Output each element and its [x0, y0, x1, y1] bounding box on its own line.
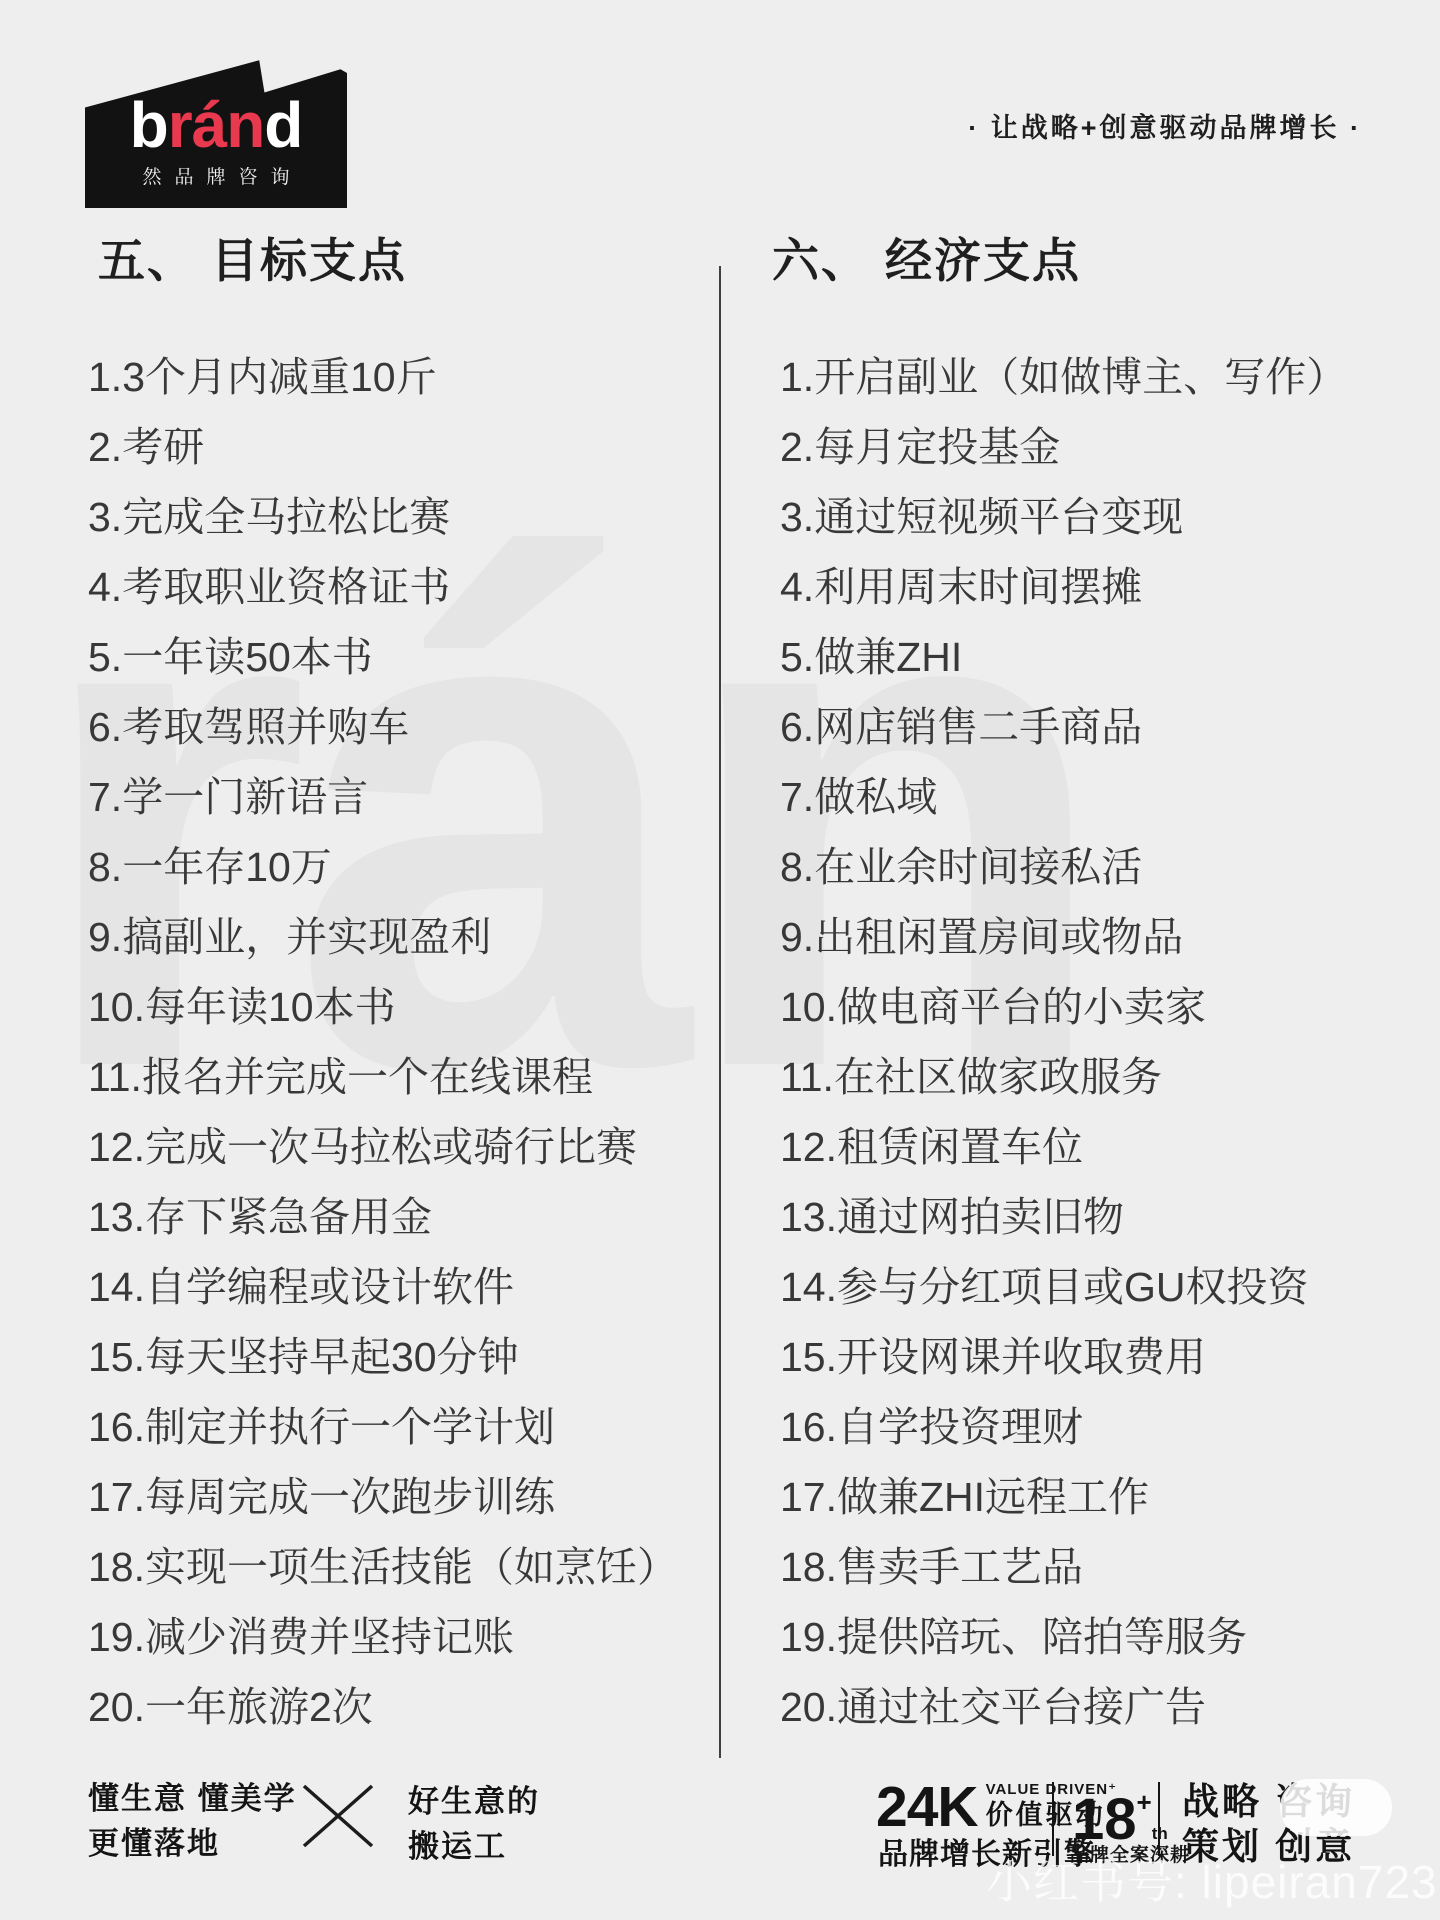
list-item: 10.每年读10本书: [88, 972, 716, 1042]
economy-column-title: 六、 经济支点: [772, 232, 1440, 290]
footer-18-plus: +: [1137, 1787, 1152, 1817]
list-item: 4.考取职业资格证书: [88, 552, 716, 622]
footer-slogan-mid-line2: 搬运工: [408, 1824, 540, 1869]
list-item: 20.通过社交平台接广告: [780, 1672, 1440, 1742]
list-item: 13.通过网拍卖旧物: [780, 1182, 1440, 1252]
list-item: 1.开启副业（如做博主、写作）: [780, 342, 1440, 412]
footer-slogan-mid-line1: 好生意的: [408, 1779, 540, 1824]
list-item: 11.在社区做家政服务: [780, 1042, 1440, 1112]
list-item: 2.每月定投基金: [780, 412, 1440, 482]
list-item: 16.制定并执行一个学计划: [88, 1392, 716, 1462]
list-item: 15.每天坚持早起30分钟: [88, 1322, 716, 1392]
list-item: 8.在业余时间接私活: [780, 832, 1440, 902]
economy-column: 六、 经济支点 1.开启副业（如做博主、写作）2.每月定投基金3.通过短视频平台…: [772, 232, 1440, 1742]
account-watermark: 小红书号: lipeiran7237: [986, 1846, 1440, 1912]
wordmark-ran: rán: [168, 89, 265, 161]
header-tagline: · 让战略+创意驱动品牌增长 ·: [968, 106, 1362, 145]
logo-subtitle: 然品牌咨询: [85, 162, 347, 189]
list-item: 14.自学编程或设计软件: [88, 1252, 716, 1322]
list-item: 9.出租闲置房间或物品: [780, 902, 1440, 972]
footer-divider-2: [1158, 1782, 1160, 1856]
list-item: 12.完成一次马拉松或骑行比赛: [88, 1112, 716, 1182]
list-item: 8.一年存10万: [88, 832, 716, 902]
footer-slogan-left: 懂生意 懂美学 更懂落地: [88, 1776, 297, 1866]
list-item: 16.自学投资理财: [780, 1392, 1440, 1462]
list-item: 17.做兼ZHI远程工作: [780, 1462, 1440, 1532]
list-item: 12.租赁闲置车位: [780, 1112, 1440, 1182]
list-item: 14.参与分红项目或GU权投资: [780, 1252, 1440, 1322]
wordmark-b: b: [130, 89, 168, 161]
list-item: 15.开设网课并收取费用: [780, 1322, 1440, 1392]
list-item: 6.网店销售二手商品: [780, 692, 1440, 762]
list-item: 10.做电商平台的小卖家: [780, 972, 1440, 1042]
list-item: 18.售卖手工艺品: [780, 1532, 1440, 1602]
list-item: 19.减少消费并坚持记账: [88, 1602, 716, 1672]
footer-24k: 24K: [876, 1779, 978, 1835]
goal-column-title: 五、 目标支点: [88, 232, 716, 290]
column-divider: [719, 266, 721, 1758]
list-item: 5.一年读50本书: [88, 622, 716, 692]
footer-divider-1: [1052, 1782, 1054, 1856]
list-item: 5.做兼ZHI: [780, 622, 1440, 692]
list-item: 7.学一门新语言: [88, 762, 716, 832]
list-item: 17.每周完成一次跑步训练: [88, 1462, 716, 1532]
cross-icon: [298, 1782, 378, 1855]
goal-column: 五、 目标支点 1.3个月内减重10斤2.考研3.完成全马拉松比赛4.考取职业资…: [88, 232, 716, 1742]
brand-logo: bránd 然品牌咨询: [85, 58, 347, 208]
list-item: 19.提供陪玩、陪拍等服务: [780, 1602, 1440, 1672]
list-item: 4.利用周末时间摆摊: [780, 552, 1440, 622]
footer-slogan-left-line2: 更懂落地: [88, 1821, 297, 1866]
list-item: 1.3个月内减重10斤: [88, 342, 716, 412]
white-sticker-overlay: [1280, 1779, 1392, 1836]
footer-slogan-left-line1: 懂生意 懂美学: [88, 1776, 297, 1821]
economy-list: 1.开启副业（如做博主、写作）2.每月定投基金3.通过短视频平台变现4.利用周末…: [772, 342, 1440, 1742]
brand-wordmark: bránd: [85, 92, 347, 158]
goal-list: 1.3个月内减重10斤2.考研3.完成全马拉松比赛4.考取职业资格证书5.一年读…: [88, 342, 716, 1742]
footer-slogan-mid: 好生意的 搬运工: [408, 1779, 540, 1869]
list-item: 3.通过短视频平台变现: [780, 482, 1440, 552]
list-item: 6.考取驾照并购车: [88, 692, 716, 762]
wordmark-d: d: [264, 89, 302, 161]
list-item: 11.报名并完成一个在线课程: [88, 1042, 716, 1112]
list-item: 9.搞副业，并实现盈利: [88, 902, 716, 972]
list-item: 20.一年旅游2次: [88, 1672, 716, 1742]
list-item: 13.存下紧急备用金: [88, 1182, 716, 1252]
list-item: 18.实现一项生活技能（如烹饪）: [88, 1532, 716, 1602]
list-item: 3.完成全马拉松比赛: [88, 482, 716, 552]
list-item: 2.考研: [88, 412, 716, 482]
list-item: 7.做私域: [780, 762, 1440, 832]
